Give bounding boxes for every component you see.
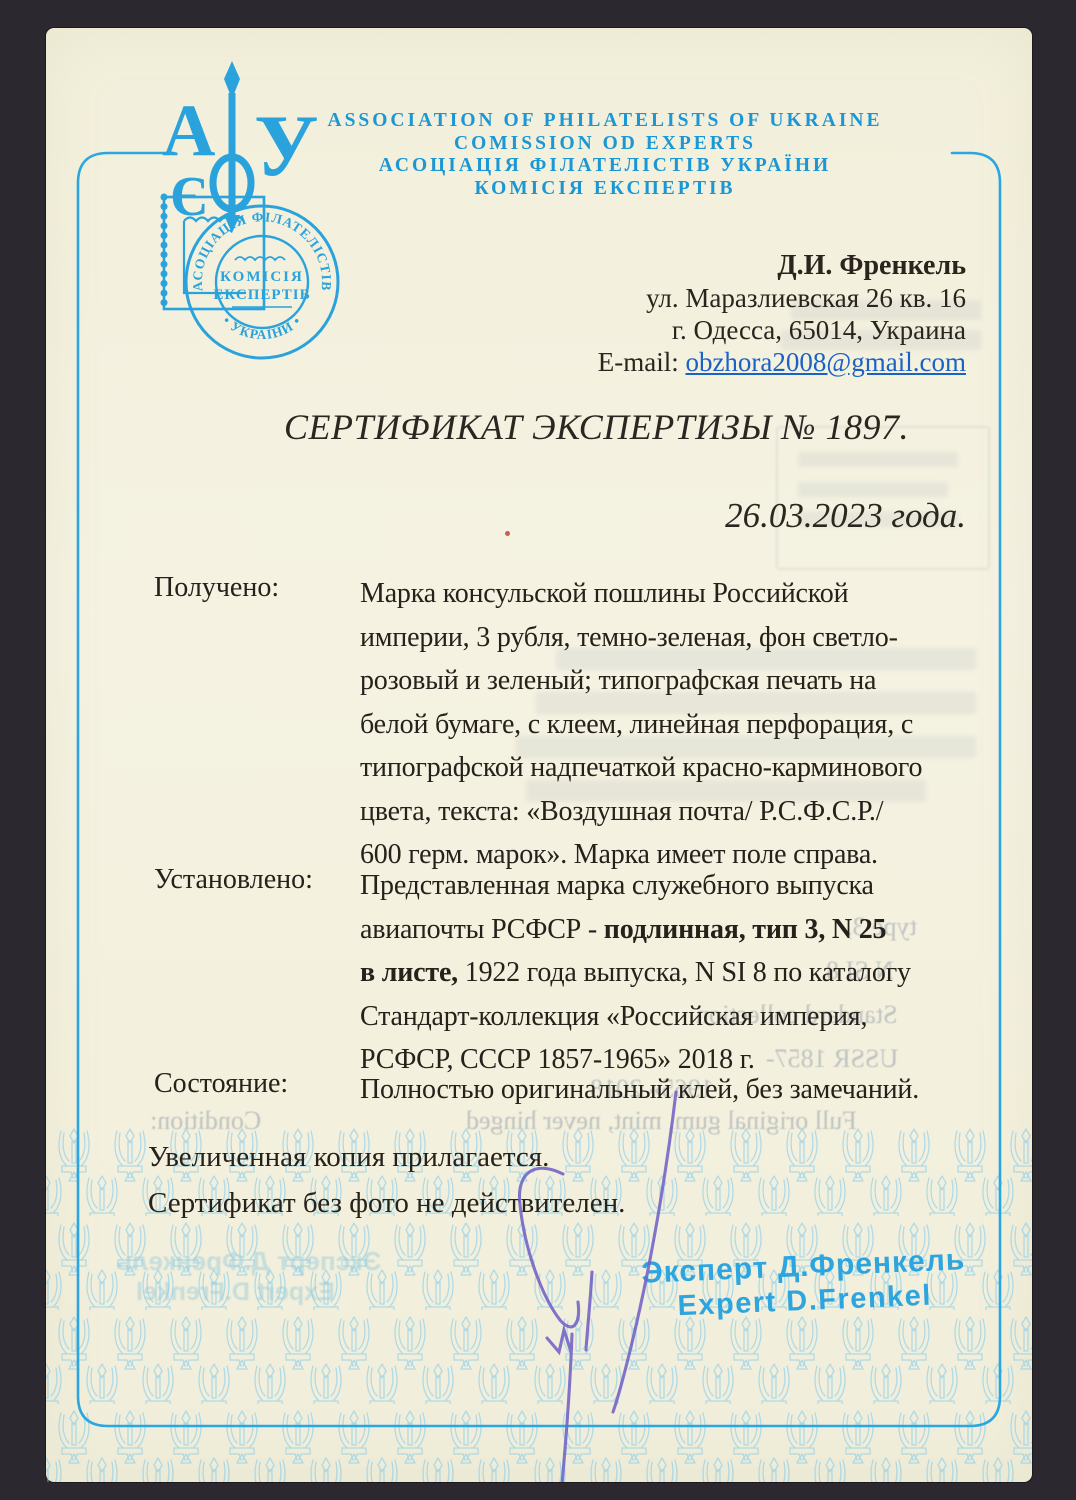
note-photo-required: Сертификат без фото не действителен. [148, 1180, 625, 1226]
seal-center-line1: КОМІСІЯ [220, 269, 304, 285]
footer-notes: Увеличенная копия прилагается. Сертифика… [148, 1134, 625, 1226]
certificate-scan: type 3, N SI 8 Standard collection USSR … [0, 0, 1076, 1500]
section-label: Установлено: [154, 864, 313, 896]
section-text: Представленная марка служебного выпускаа… [360, 864, 1000, 1082]
letterhead: ASSOCIATION OF PHILATELISTS OF UKRAINE C… [216, 110, 994, 200]
letterhead-line-ua2: КОМІСІЯ ЕКСПЕРТІВ [216, 178, 994, 201]
address-city: г. Одесса, 65014, Украина [598, 314, 966, 346]
seal-ring-bottom-text: • УКРАЇНИ • [220, 313, 304, 342]
address-street: ул. Маразлиевская 26 кв. 16 [598, 282, 966, 314]
note-copy-attached: Увеличенная копия прилагается. [148, 1134, 625, 1180]
section-text: Полностью оригинальный клей, без замечан… [360, 1068, 1000, 1112]
certificate-paper: type 3, N SI 8 Standard collection USSR … [46, 28, 1032, 1482]
email-link[interactable]: obzhora2008@gmail.com [685, 347, 966, 377]
svg-text:• УКРАЇНИ •: • УКРАЇНИ • [220, 313, 304, 342]
logo-letter-a: А [162, 90, 215, 172]
letterhead-line-en2: COMISSION OD EXPERTS [216, 133, 994, 156]
expert-commission-seal: АСОЦІАЦІЯ ФІЛАТЕЛІСТІВ • УКРАЇНИ • КОМІС… [186, 206, 338, 358]
expert-handstamp: Эксперт Д.Френкель Expert D.Frenkel [633, 1243, 976, 1325]
section-text: Марка консульской пошлины Российскойимпе… [360, 572, 1000, 877]
email-row: E-mail: obzhora2008@gmail.com [598, 346, 966, 378]
letterhead-line-ua1: АСОЦІАЦІЯ ФІЛАТЕЛІСТІВ УКРАЇНИ [216, 155, 994, 178]
section-label: Получено: [154, 572, 279, 604]
association-logo-trident-seal: А Є У АСОЦІАЦІЯ ФІЛАТЕЛІСТІВ [140, 55, 380, 395]
section-label: Состояние: [154, 1068, 288, 1100]
expert-contact-block: Д.И. Френкель ул. Маразлиевская 26 кв. 1… [598, 250, 966, 378]
letterhead-line-en1: ASSOCIATION OF PHILATELISTS OF UKRAINE [216, 110, 994, 133]
certificate-date: 26.03.2023 года. [725, 496, 966, 536]
certificate-title: СЕРТИФИКАТ ЭКСПЕРТИЗЫ № 1897. [284, 406, 909, 448]
seal-center-line2: ЕКСПЕРТІВ [213, 287, 310, 303]
email-label: E-mail: [598, 347, 686, 377]
expert-name: Д.И. Френкель [598, 250, 966, 282]
